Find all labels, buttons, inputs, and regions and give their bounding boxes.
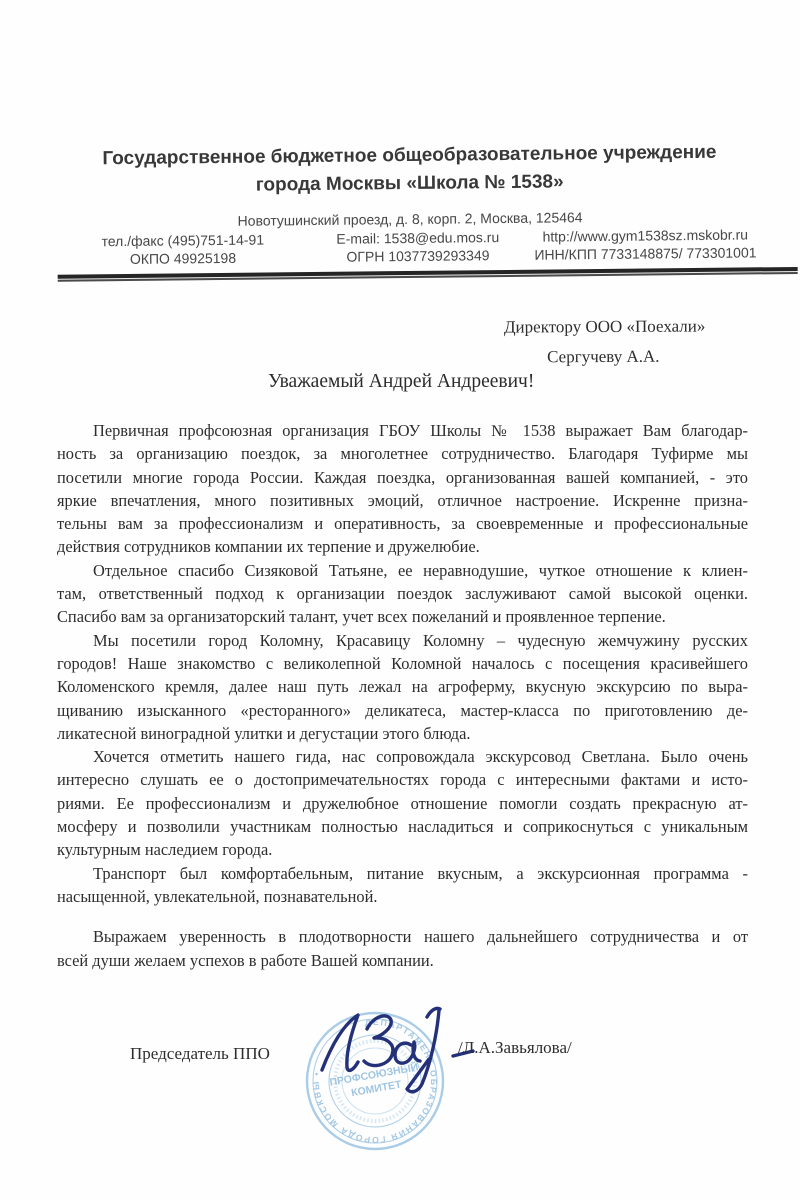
body-line: интересно слушать ее о достопримечательн… [57, 768, 748, 791]
body-line: городов! Наше знакомство с великолепной … [57, 652, 748, 675]
email: E-mail: 1538@edu.mos.ru [305, 229, 530, 247]
letter-body: Первичная профсоюзная организация ГБОУ Ш… [57, 419, 748, 972]
body-line: культурным наследием города. [57, 838, 748, 861]
phone-fax: тел./факс (495)751-14-91 [60, 231, 305, 250]
body-line: Отдельное спасибо Сизяковой Татьяне, ее … [57, 559, 748, 582]
body-line: действия сотрудников компании их терпени… [57, 535, 748, 558]
body-paragraph: Хочется отметить нашего гида, нас сопров… [57, 745, 748, 861]
body-paragraph: Выражаем уверенность в плодотворности на… [57, 925, 748, 972]
body-line: Коломенского кремля, далее наш путь лежа… [57, 675, 748, 698]
body-line: Транспорт был комфортабельным, питание в… [57, 862, 748, 885]
body-line: Мы посетили город Коломну, Красавицу Кол… [57, 629, 748, 652]
body-line: Спасибо вам за организаторский талант, у… [57, 605, 748, 628]
body-paragraph: Транспорт был комфортабельным, питание в… [57, 862, 748, 909]
ogrn-number: ОГРН 1037739293349 [305, 247, 530, 265]
letterhead: Государственное бюджетное общеобразовате… [59, 138, 760, 281]
addressee-name: Сергучеву А.А. [504, 341, 706, 372]
body-line: Выражаем уверенность в плодотворности на… [57, 925, 748, 948]
body-line: там, ответственный подход к организации … [57, 582, 748, 605]
body-line: всей души желаем успехов в работе Вашей … [57, 949, 748, 972]
body-line: ликатесной виноградной улитки и дегустац… [57, 722, 748, 745]
salutation: Уважаемый Андрей Андреевич! [268, 371, 534, 393]
signer-position-title: Председатель ППО [130, 1044, 270, 1064]
body-line: тельны вам за профессионализм и оператив… [57, 512, 748, 535]
organization-title: Государственное бюджетное общеобразовате… [59, 138, 760, 201]
body-line: яркие впечатления, много позитивных эмоц… [57, 489, 748, 512]
website: http://www.gym1538sz.mskobr.ru [530, 226, 760, 244]
letterhead-divider-rule [58, 267, 798, 282]
body-paragraph: Первичная профсоюзная организация ГБОУ Ш… [57, 419, 748, 559]
body-paragraph: Мы посетили город Коломну, Красавицу Кол… [57, 629, 748, 745]
body-line: Хочется отметить нашего гида, нас сопров… [57, 745, 748, 768]
scanned-letter-page: Государственное бюджетное общеобразовате… [0, 0, 800, 1200]
body-line: Первичная профсоюзная организация ГБОУ Ш… [57, 419, 748, 442]
body-line: риями. Ее профессионализм и дружелюбное … [57, 792, 748, 815]
body-line: насыщенной, увлекательной, познавательно… [57, 885, 748, 908]
addressee-position: Директору ООО «Поехали» [503, 311, 705, 342]
body-paragraph: Отдельное спасибо Сизяковой Татьяне, ее … [57, 559, 748, 629]
addressee-block: Директору ООО «Поехали» Сергучеву А.А. [503, 311, 705, 372]
body-line: посетили многие города России. Каждая по… [57, 466, 748, 489]
contact-info: тел./факс (495)751-14-91 E-mail: 1538@ed… [60, 226, 760, 267]
inn-kpp-number: ИНН/КПП 7733148875/ 773301001 [530, 244, 760, 262]
body-line: мосферу и позволили участникам полностью… [57, 815, 748, 838]
signer-name: /Л.А.Завьялова/ [458, 1038, 572, 1058]
body-line: щиванию изысканного «ресторанного» делик… [57, 699, 748, 722]
okpo-number: ОКПО 49925198 [60, 249, 305, 268]
handwritten-signature [310, 998, 482, 1104]
body-line: ность за организацию поездок, за многоле… [57, 442, 748, 465]
